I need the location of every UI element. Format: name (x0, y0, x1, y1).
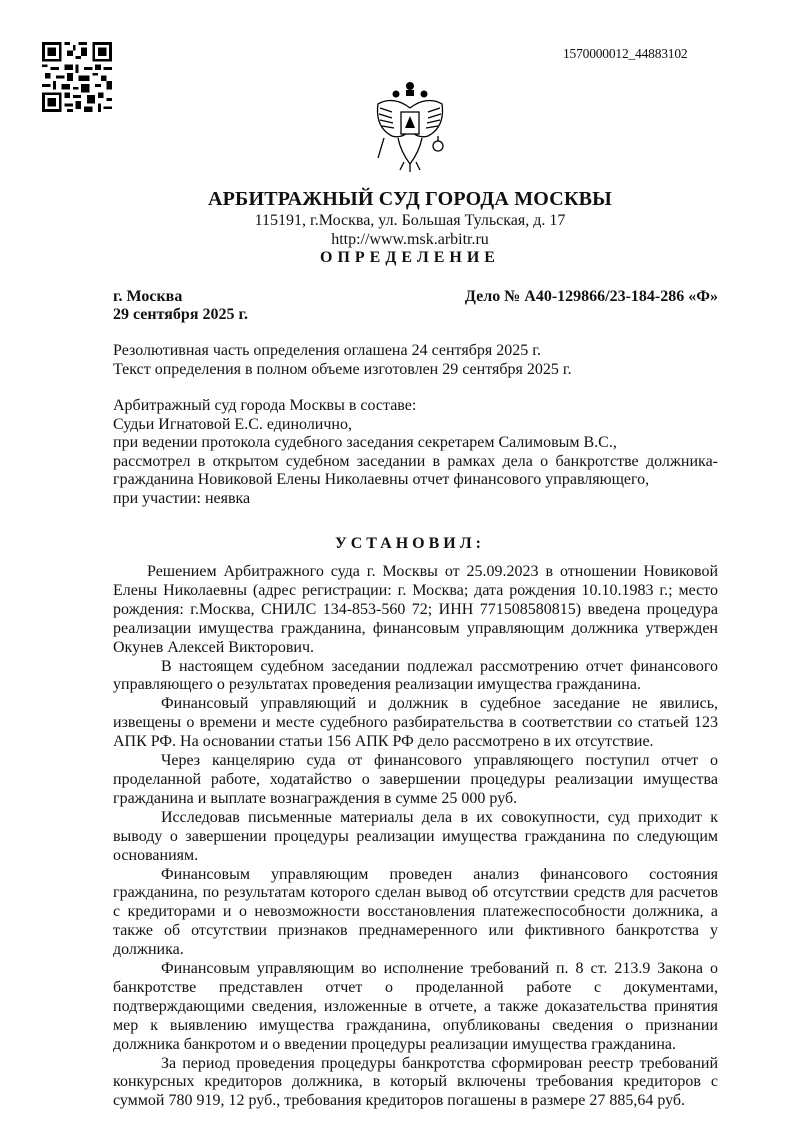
city: г. Москва (113, 288, 182, 306)
case-number: Дело № А40-129866/23-184-286 «Ф» (465, 288, 718, 306)
document-date: 29 сентября 2025 г. (113, 306, 248, 324)
composition-line: Арбитражный суд города Москвы в составе: (113, 397, 718, 416)
paragraph: За период проведения процедуры банкротст… (113, 1055, 718, 1112)
intro-line: Текст определения в полном объеме изгото… (113, 361, 718, 380)
paragraph: Финансовым управляющим проведен анализ ф… (113, 866, 718, 961)
intro-line: Резолютивная часть определения оглашена … (113, 342, 718, 361)
composition-line: рассмотрел в открытом судебном заседании… (113, 453, 718, 472)
court-address: 115191, г.Москва, ул. Большая Тульская, … (100, 212, 720, 230)
paragraph: Решением Арбитражного суда г. Москвы от … (113, 563, 718, 658)
document-page: 1570000012_44883102 АРБИТРАЖНЫЙ СУД ГОРО… (0, 0, 800, 1131)
qr-code-icon (42, 42, 112, 112)
composition-line: при ведении протокола судебного заседани… (113, 434, 718, 453)
composition-line: при участии: неявка (113, 490, 718, 509)
paragraph: Финансовым управляющим во исполнение тре… (113, 960, 718, 1055)
coat-of-arms-icon (370, 78, 450, 174)
paragraph: Финансовый управляющий и должник в судеб… (113, 695, 718, 752)
composition-line: Судьи Игнатовой Е.С. единолично, (113, 416, 718, 435)
paragraph: Через канцелярию суда от финансового упр… (113, 752, 718, 809)
court-name: АРБИТРАЖНЫЙ СУД ГОРОДА МОСКВЫ (100, 188, 720, 211)
paragraph: Исследовав письменные материалы дела в и… (113, 809, 718, 866)
document-body: Решением Арбитражного суда г. Москвы от … (113, 563, 718, 1111)
paragraph: В настоящем судебном заседании подлежал … (113, 658, 718, 696)
court-website: http://www.msk.arbitr.ru (100, 231, 720, 249)
composition-block: Арбитражный суд города Москвы в составе:… (113, 397, 718, 509)
document-id: 1570000012_44883102 (563, 46, 687, 62)
document-type: ОПРЕДЕЛЕНИЕ (100, 249, 720, 267)
section-heading: УСТАНОВИЛ: (100, 535, 720, 553)
intro-block: Резолютивная часть определения оглашена … (113, 342, 718, 379)
composition-line: гражданина Новиковой Елены Николаевны от… (113, 471, 718, 490)
